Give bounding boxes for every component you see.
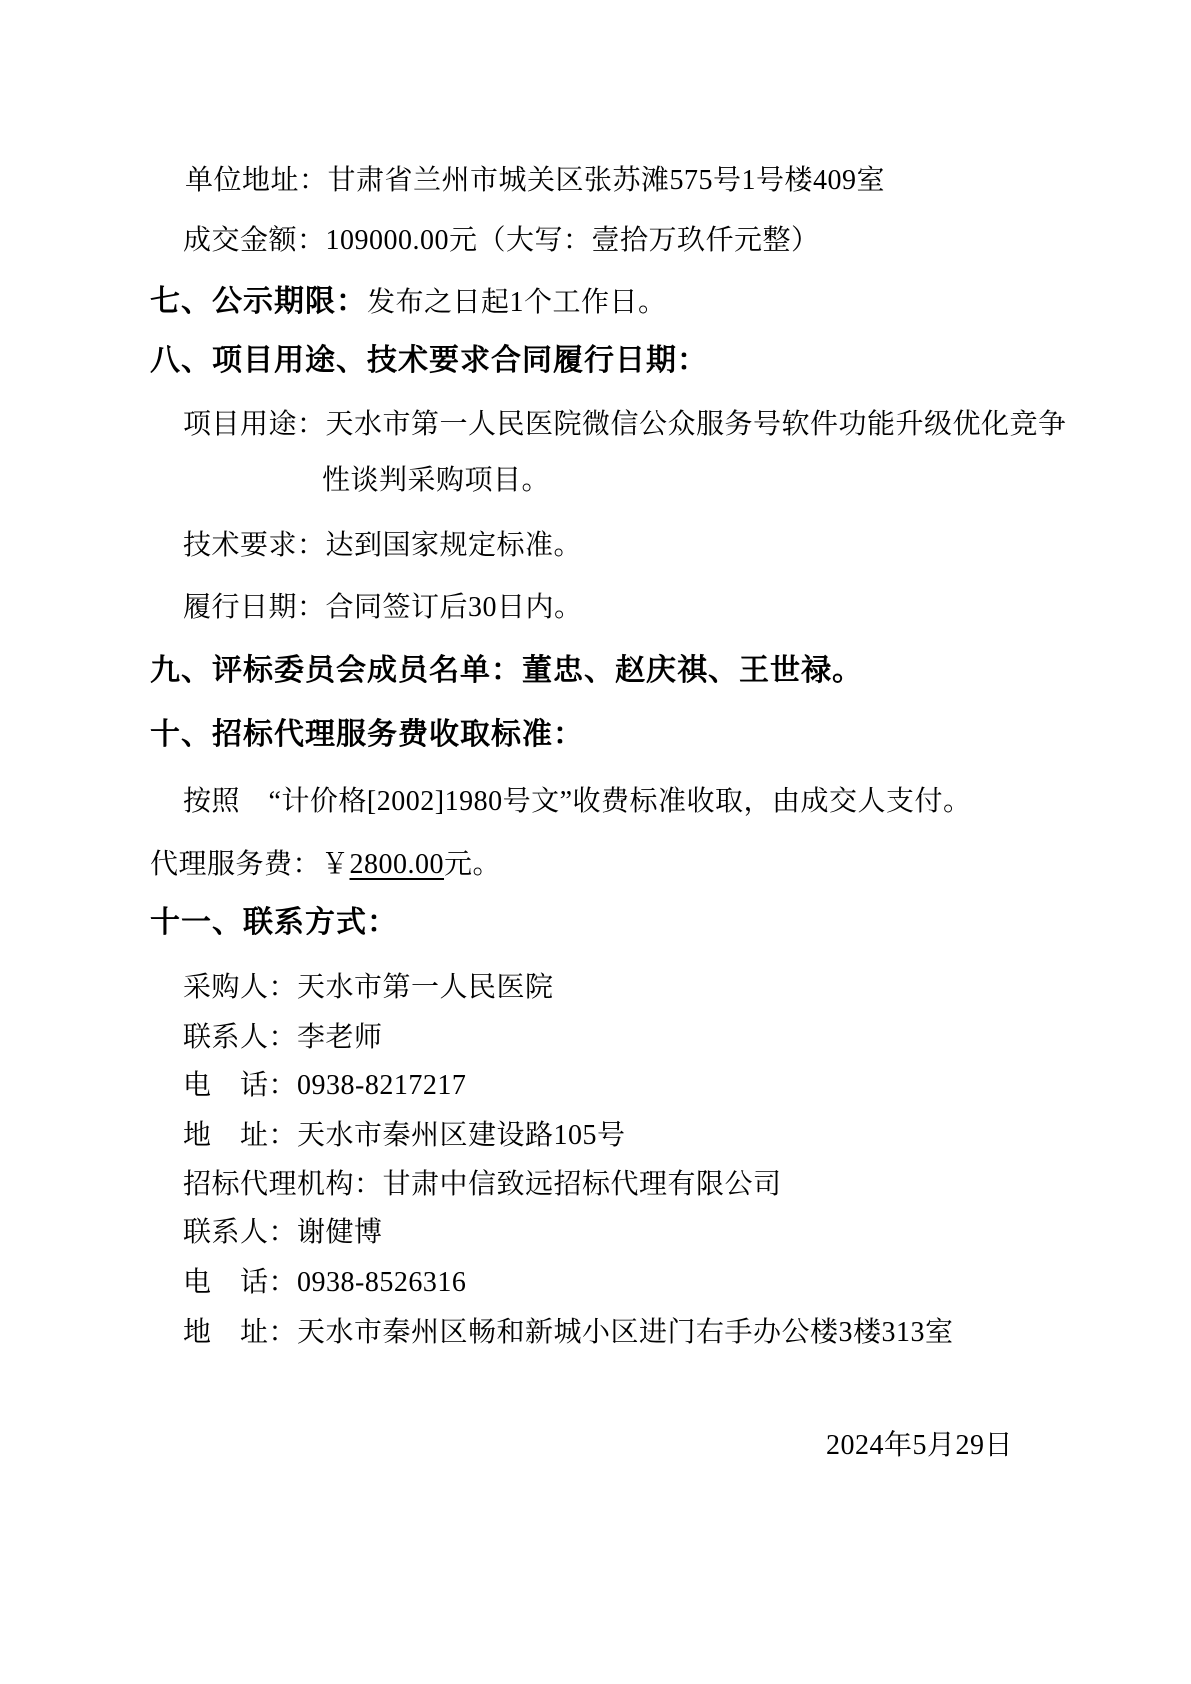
section-10-heading: 十、招标代理服务费收取标准：: [150, 718, 584, 752]
line-performance-date: 履行日期：合同签订后30日内。: [183, 591, 583, 625]
document-date: 2024年5月29日: [826, 1429, 1013, 1463]
line-agency-name: 招标代理机构：甘肃中信致远招标代理有限公司: [183, 1168, 782, 1202]
line-agency-fee: 代理服务费：￥2800.00元。: [150, 848, 501, 882]
line-fee-basis: 按照 “计价格[2002]1980号文”收费标准收取，由成交人支付。: [183, 785, 972, 819]
line-agency-contact: 联系人：谢健博: [183, 1216, 383, 1250]
line-agency-phone: 电 话：0938-8526316: [183, 1266, 466, 1300]
agency-fee-amount: 2800.00: [350, 849, 445, 880]
agency-fee-prefix: 代理服务费：￥: [150, 849, 350, 880]
document-page: 单位地址：甘肃省兰州市城关区张苏滩575号1号楼409室 成交金额：109000…: [0, 0, 1191, 1684]
line-project-use-2: 性谈判采购项目。: [322, 464, 550, 498]
line-tech-requirement: 技术要求：达到国家规定标准。: [183, 529, 582, 563]
section-7-publicity-period: 七、公示期限：发布之日起1个工作日。: [150, 285, 667, 320]
section-11-heading: 十一、联系方式：: [150, 906, 398, 940]
line-project-use-1: 项目用途：天水市第一人民医院微信公众服务号软件功能升级优化竞争: [183, 408, 1067, 442]
section-7-heading: 七、公示期限：: [150, 285, 367, 318]
line-purchaser-address: 地 址：天水市秦州区建设路105号: [183, 1119, 626, 1153]
line-purchaser-phone: 电 话：0938-8217217: [183, 1069, 466, 1103]
line-purchaser-contact: 联系人：李老师: [183, 1021, 383, 1055]
line-purchaser: 采购人：天水市第一人民医院: [183, 971, 554, 1005]
line-agency-address: 地 址：天水市秦州区畅和新城小区进门右手办公楼3楼313室: [183, 1316, 954, 1350]
section-7-text: 发布之日起1个工作日。: [367, 287, 667, 318]
section-9-heading: 九、评标委员会成员名单：董忠、赵庆祺、王世禄。: [150, 654, 863, 688]
line-unit-address: 单位地址：甘肃省兰州市城关区张苏滩575号1号楼409室: [185, 164, 885, 198]
line-deal-amount: 成交金额：109000.00元（大写：壹拾万玖仟元整）: [183, 224, 820, 258]
section-8-heading: 八、项目用途、技术要求合同履行日期：: [150, 344, 708, 378]
agency-fee-suffix: 元。: [444, 849, 501, 880]
